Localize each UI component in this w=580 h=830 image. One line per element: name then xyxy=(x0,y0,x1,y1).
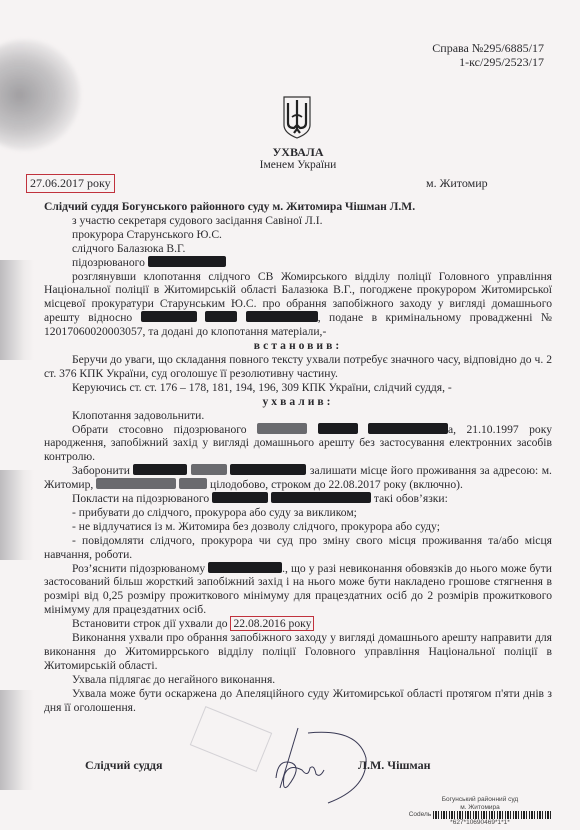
document-date: 27.06.2017 року xyxy=(26,174,115,193)
signature-name: Л.М. Чішман xyxy=(358,758,431,773)
established-heading: встановив: xyxy=(44,339,552,353)
ruling-immediate: Ухвала підлягає до негайного виконання. xyxy=(44,673,552,687)
ruling-term: Встановити строк дії ухвали до 22.08.201… xyxy=(44,617,552,631)
trident-emblem-icon xyxy=(282,95,312,139)
established-text: Беручи до уваги, що складання повного те… xyxy=(44,353,552,381)
judge-line: Слідчий суддя Богунського районного суду… xyxy=(44,200,552,214)
duty-item: - повідомляти слідчого, прокурора чи суд… xyxy=(44,534,552,562)
term-date-highlight: 22.08.2016 року xyxy=(230,616,314,631)
redacted-text xyxy=(191,464,227,475)
scan-edge-shade xyxy=(0,470,34,560)
guided-text: Керуючись ст. ст. 176 – 178, 181, 194, 1… xyxy=(44,381,552,395)
court-barcode-stamp: Богунський районний суд м. Житомира Соdе… xyxy=(400,796,560,827)
signature-label: Слідчий суддя xyxy=(85,758,162,773)
redacted-text xyxy=(208,562,282,573)
duty-item: - не відлучатися із м. Житомира без дозв… xyxy=(44,520,552,534)
ruling-duties: Покласти на підозрюваного такі обов’язки… xyxy=(44,492,552,506)
redacted-text xyxy=(318,423,358,434)
redacted-text xyxy=(148,256,226,267)
document-page: Справа №295/6885/17 1-кс/295/2523/17 УХВ… xyxy=(0,0,580,830)
redacted-text xyxy=(230,464,306,475)
document-title: УХВАЛА xyxy=(200,146,396,159)
scan-edge-shade xyxy=(0,260,34,360)
document-subtitle: Іменем України xyxy=(200,159,396,172)
duty-item: - прибувати до слідчого, прокурора або с… xyxy=(44,506,552,520)
redacted-text xyxy=(271,492,371,503)
ruling-explain: Роз’яснити підозрюваному ., що у разі не… xyxy=(44,562,552,618)
redacted-text xyxy=(212,492,268,503)
redacted-text xyxy=(205,311,237,322)
redacted-text xyxy=(368,423,448,434)
case-number: Справа №295/6885/17 1-кс/295/2523/17 xyxy=(432,41,544,69)
redacted-text xyxy=(133,464,187,475)
redacted-text xyxy=(257,423,307,434)
redacted-text xyxy=(179,478,207,489)
ruled-heading: ухвалив: xyxy=(44,395,552,409)
redacted-text xyxy=(141,311,197,322)
participant: слідчого Балазюка В.Г. xyxy=(44,242,552,256)
scan-smudge xyxy=(0,40,80,150)
participant: з участю секретаря судового засідання Са… xyxy=(44,214,552,228)
title-block: УХВАЛА Іменем України xyxy=(200,146,396,172)
document-body: Слідчий суддя Богунського районного суду… xyxy=(44,200,552,715)
scan-edge-shade xyxy=(0,690,34,790)
participant: прокурора Старунського Ю.С. xyxy=(44,228,552,242)
ruling-measure: Обрати стосовно підозрюваного а, 21.10.1… xyxy=(44,423,552,465)
ruling-execution: Виконання ухвали про обрання запобіжного… xyxy=(44,631,552,673)
ruling-satisfy: Клопотання задовольнити. xyxy=(44,409,552,423)
considered-paragraph: розглянувши клопотання слідчого СВ Жомир… xyxy=(44,270,552,340)
redacted-text xyxy=(96,478,176,489)
barcode-icon xyxy=(433,811,551,819)
document-city: м. Житомир xyxy=(426,176,488,191)
ruling-prohibit: Заборонити залишати місце його проживанн… xyxy=(44,464,552,492)
participant: підозрюваного xyxy=(44,256,552,270)
redacted-text xyxy=(246,311,318,322)
